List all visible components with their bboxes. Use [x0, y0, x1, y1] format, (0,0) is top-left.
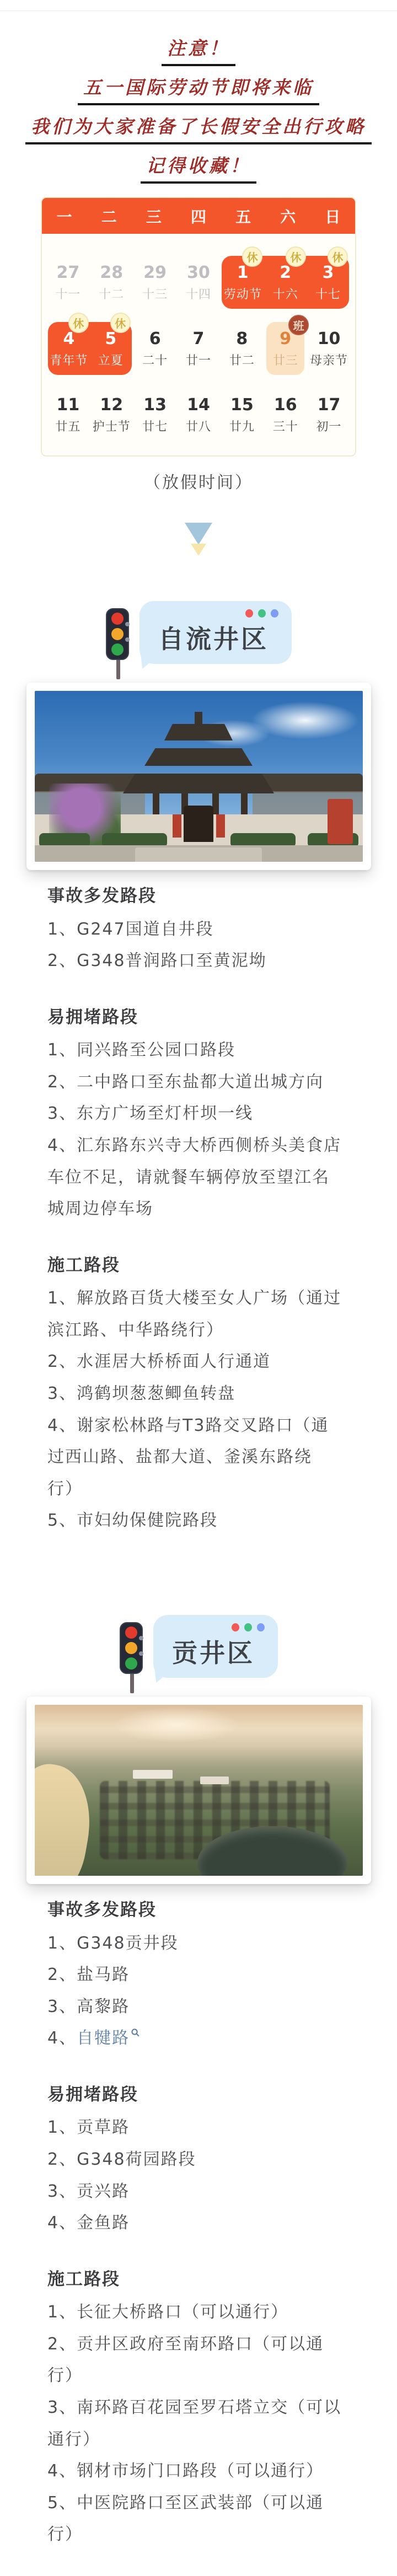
road-item: 5、中医院路口至区武装部（可以通 行） — [47, 2487, 350, 2551]
photo-sunset-glow — [113, 1707, 240, 1742]
blue-dot — [271, 609, 278, 618]
section-header: 贡井区 — [0, 1615, 397, 1678]
group-heading: 易拥堵路段 — [47, 2082, 350, 2108]
day-label: 廿八 — [186, 417, 211, 434]
road-item: 3、高黎路 — [47, 1991, 350, 2023]
day-number: 13 — [143, 395, 167, 416]
search-icon — [131, 2028, 140, 2037]
day-label: 廿七 — [142, 417, 168, 434]
photo-banner — [173, 814, 181, 838]
day-label: 廿三 — [273, 351, 298, 368]
weekday-label: 五 — [221, 205, 266, 227]
day-number: 5 — [105, 329, 116, 350]
weekday-label: 日 — [310, 205, 355, 227]
day-number: 4 — [63, 329, 74, 350]
road-item: 2、盐马路 — [47, 1959, 350, 1991]
day-number: 11 — [57, 395, 80, 416]
notice-line: 我们为大家准备了长假安全出行攻略 — [25, 112, 372, 144]
day-label: 劳动节 — [224, 285, 262, 302]
road-group: 事故多发路段1、G348贡井段2、盐马路3、高黎路4、自犍路 — [47, 1897, 350, 2054]
section-gongjing: 贡井区 事故多发路段1、G348贡井段2、盐马路3、高黎路4、自犍路易拥堵路段1… — [0, 1615, 397, 2551]
road-item: 2、二中路口至东盐都大道出城方向 — [47, 1066, 350, 1098]
traffic-light-icon — [119, 1622, 148, 1694]
calendar-day: 8廿二 — [220, 322, 264, 375]
photo-roof-tier — [123, 774, 274, 793]
day-label: 十四 — [186, 285, 211, 302]
photo-building — [133, 1770, 173, 1779]
day-label: 廿二 — [229, 351, 255, 368]
red-dot — [232, 1623, 239, 1632]
calendar-weekdays: 一二三四五六日 — [42, 198, 355, 234]
calendar-day: 14廿八 — [177, 388, 221, 441]
day-number: 17 — [318, 395, 341, 416]
holiday-calendar: 一二三四五六日 27十一28十二29十三30十四1劳动节休2十六休3十七休4青年… — [41, 197, 356, 457]
day-label: 廿一 — [186, 351, 211, 368]
day-label: 立夏 — [98, 351, 124, 368]
day-number: 14 — [187, 395, 210, 416]
notice-line: 注意！ — [162, 34, 235, 66]
photo-building — [200, 1777, 229, 1784]
calendar-day: 4青年节休 — [48, 322, 90, 375]
day-number: 6 — [149, 329, 161, 350]
top-divider — [0, 10, 397, 11]
group-heading: 易拥堵路段 — [47, 1005, 350, 1031]
green-dot — [258, 609, 266, 618]
day-label: 廿五 — [55, 417, 81, 434]
calendar-day: 1劳动节休 — [222, 256, 264, 309]
day-number: 9 — [280, 329, 291, 350]
day-label: 十一 — [55, 285, 81, 302]
road-item: 1、G247国道自井段 — [47, 914, 350, 946]
group-heading: 施工路段 — [47, 1253, 350, 1279]
rest-badge: 休 — [328, 246, 348, 267]
aerial-town-photo[interactable] — [35, 1705, 363, 1876]
down-arrow-icon — [0, 523, 397, 556]
day-number: 1 — [237, 262, 249, 283]
calendar-day: 17初一 — [307, 388, 351, 441]
road-item: 3、贡兴路 — [47, 2176, 350, 2208]
day-number: 30 — [187, 262, 210, 283]
day-label: 十七 — [315, 285, 341, 302]
day-label: 初一 — [316, 417, 342, 434]
group-heading: 事故多发路段 — [47, 883, 350, 909]
photo-river — [35, 1758, 100, 1876]
green-dot — [244, 1623, 252, 1632]
road-item: 5、市妇幼保健院路段 — [47, 1505, 350, 1537]
calendar-day: 16三十 — [264, 388, 307, 441]
road-item: 1、解放路百货大楼至女人广场（通过 滨江路、中华路绕行） — [47, 1282, 350, 1346]
section-ziliujing: 自流井区 — [0, 601, 397, 1537]
blue-dot — [257, 1623, 265, 1632]
item-prefix: 4、 — [47, 2028, 77, 2048]
calendar-day: 2十六休 — [264, 256, 307, 309]
calendar-day: 28十二 — [90, 256, 133, 309]
photo-roof-tier — [144, 748, 253, 766]
section-header: 自流井区 — [0, 601, 397, 664]
section-title-bubble: 自流井区 — [140, 601, 292, 664]
road-item: 2、G348普润路口至黄泥坳 — [47, 945, 350, 977]
article-page: 注意！五一国际劳动节即将来临我们为大家准备了长假安全出行攻略记得收藏！ 一二三四… — [0, 0, 397, 2576]
road-group: 施工路段1、解放路百货大楼至女人广场（通过 滨江路、中华路绕行）2、水涯居大桥桥… — [47, 1253, 350, 1537]
weekday-label: 六 — [266, 205, 310, 227]
day-number: 28 — [100, 262, 123, 283]
weekday-label: 四 — [176, 205, 221, 227]
section-title-bubble: 贡井区 — [153, 1615, 278, 1678]
road-item: 1、贡草路 — [47, 2112, 350, 2144]
road-group: 施工路段1、长征大桥路口（可以通行）2、贡井区政府至南环路口（可以通 行）3、南… — [47, 2267, 350, 2551]
day-number: 10 — [318, 329, 341, 350]
calendar-day: 9廿三班 — [266, 322, 304, 375]
calendar-caption: （放假时间） — [0, 469, 397, 493]
day-label: 廿九 — [229, 417, 255, 434]
weekday-label: 二 — [87, 205, 131, 227]
road-item: 1、同兴路至公园口路段 — [47, 1034, 350, 1066]
calendar-day: 15廿九 — [220, 388, 264, 441]
photo-banner — [216, 814, 225, 838]
calendar-day: 30十四 — [177, 256, 221, 309]
day-label: 三十 — [273, 417, 298, 434]
group-heading: 施工路段 — [47, 2267, 350, 2293]
calendar-row: 27十一28十二29十三30十四1劳动节休2十六休3十七休 — [46, 256, 351, 309]
notice-line: 五一国际劳动节即将来临 — [78, 73, 319, 105]
notice: 注意！五一国际劳动节即将来临我们为大家准备了长假安全出行攻略记得收藏！ — [0, 34, 397, 184]
red-dot — [245, 609, 253, 618]
photo-card — [26, 1697, 371, 1884]
road-item: 2、G348荷园路段 — [47, 2144, 350, 2176]
rest-badge: 休 — [286, 246, 306, 267]
road-item: 1、长征大桥路口（可以通行） — [47, 2296, 350, 2328]
weekday-label: 一 — [42, 205, 87, 227]
road-item: 3、鸿鹤坝葱葱鲫鱼转盘 — [47, 1378, 350, 1410]
road-group: 易拥堵路段1、贡草路2、G348荷园路段3、贡兴路4、金鱼路 — [47, 2082, 350, 2239]
road-item: 4、汇东路东兴寺大桥西侧桥头美食店 车位不足，请就餐车辆停放至望江名 城周边停车… — [47, 1130, 350, 1225]
road-item: 4、自犍路 — [47, 2022, 350, 2054]
rest-badge: 休 — [242, 246, 262, 267]
road-search-link[interactable]: 自犍路 — [77, 2028, 140, 2048]
road-group: 事故多发路段1、G247国道自井段2、G348普润路口至黄泥坳 — [47, 883, 350, 977]
rest-badge: 休 — [110, 313, 131, 333]
day-label: 十三 — [142, 285, 168, 302]
traffic-light-icon — [105, 608, 134, 680]
bubble-dots — [232, 1623, 265, 1632]
section-title: 贡井区 — [172, 1638, 255, 1668]
photo-roof-tier — [164, 724, 233, 740]
down-arrow-big — [185, 523, 212, 545]
photo-card — [26, 683, 371, 870]
calendar-day: 11廿五 — [46, 388, 90, 441]
groups: 事故多发路段1、G348贡井段2、盐马路3、高黎路4、自犍路易拥堵路段1、贡草路… — [0, 1897, 397, 2551]
day-number: 12 — [100, 395, 123, 416]
road-item: 3、南环路百花园至罗石塔立交（可以 通行） — [47, 2392, 350, 2455]
day-number: 3 — [323, 262, 334, 283]
calendar-day: 5立夏休 — [90, 322, 132, 375]
calendar-day: 29十三 — [133, 256, 177, 309]
down-arrow-small — [191, 544, 206, 556]
calendar-body: 27十一28十二29十三30十四1劳动节休2十六休3十七休4青年节休5立夏休6二… — [42, 234, 355, 455]
calendar-day: 27十一 — [46, 256, 90, 309]
road-item: 4、金鱼路 — [47, 2207, 350, 2239]
calendar-day: 12护士节 — [90, 388, 133, 441]
road-item: 4、钢材市场门口路段（可以通行） — [47, 2455, 350, 2487]
calendar-day: 13廿七 — [133, 388, 177, 441]
photo-steps — [135, 847, 262, 862]
day-number: 2 — [280, 262, 291, 283]
day-label: 十二 — [99, 285, 124, 302]
calendar-day: 6二十 — [133, 322, 177, 375]
road-item: 2、水涯居大桥桥面人行通道 — [47, 1346, 350, 1378]
day-number: 8 — [236, 329, 248, 350]
road-item: 4、谢家松林路与T3路交叉路口（通 过西山路、盐都大道、釜溪东路绕 行） — [47, 1410, 350, 1505]
calendar-day: 3十七休 — [307, 256, 349, 309]
day-label: 二十 — [142, 351, 168, 368]
road-item: 2、贡井区政府至南环路口（可以通 行） — [47, 2328, 350, 2392]
calendar-row: 4青年节休5立夏休6二十7廿一8廿二9廿三班10母亲节 — [46, 322, 351, 375]
road-item: 1、G348贡井段 — [47, 1928, 350, 1960]
bubble-dots — [245, 609, 278, 618]
photo-door — [184, 806, 213, 842]
day-number: 29 — [143, 262, 167, 283]
photo-signboard — [328, 799, 353, 844]
rest-badge: 休 — [68, 313, 89, 333]
day-number: 7 — [193, 329, 205, 350]
day-label: 青年节 — [50, 351, 88, 368]
day-label: 母亲节 — [310, 351, 348, 368]
section-title: 自流井区 — [158, 624, 269, 654]
road-group: 易拥堵路段1、同兴路至公园口路段2、二中路口至东盐都大道出城方向3、东方广场至灯… — [47, 1005, 350, 1225]
calendar-day: 7廿一 — [177, 322, 221, 375]
day-number: 27 — [57, 262, 80, 283]
day-number: 16 — [274, 395, 297, 416]
group-heading: 事故多发路段 — [47, 1897, 350, 1923]
calendar-row: 11廿五12护士节13廿七14廿八15廿九16三十17初一 — [46, 388, 351, 441]
road-item: 3、东方广场至灯杆坝一线 — [47, 1098, 350, 1130]
day-number: 15 — [230, 395, 254, 416]
notice-line: 记得收藏！ — [141, 152, 256, 184]
calendar-day: 10母亲节 — [307, 322, 351, 375]
day-label: 十六 — [273, 285, 298, 302]
day-label: 护士节 — [93, 417, 131, 434]
groups: 事故多发路段1、G247国道自井段2、G348普润路口至黄泥坳易拥堵路段1、同兴… — [0, 883, 397, 1537]
weekday-label: 三 — [131, 205, 176, 227]
museum-archway-photo[interactable] — [35, 691, 363, 862]
work-badge: 班 — [288, 315, 309, 335]
